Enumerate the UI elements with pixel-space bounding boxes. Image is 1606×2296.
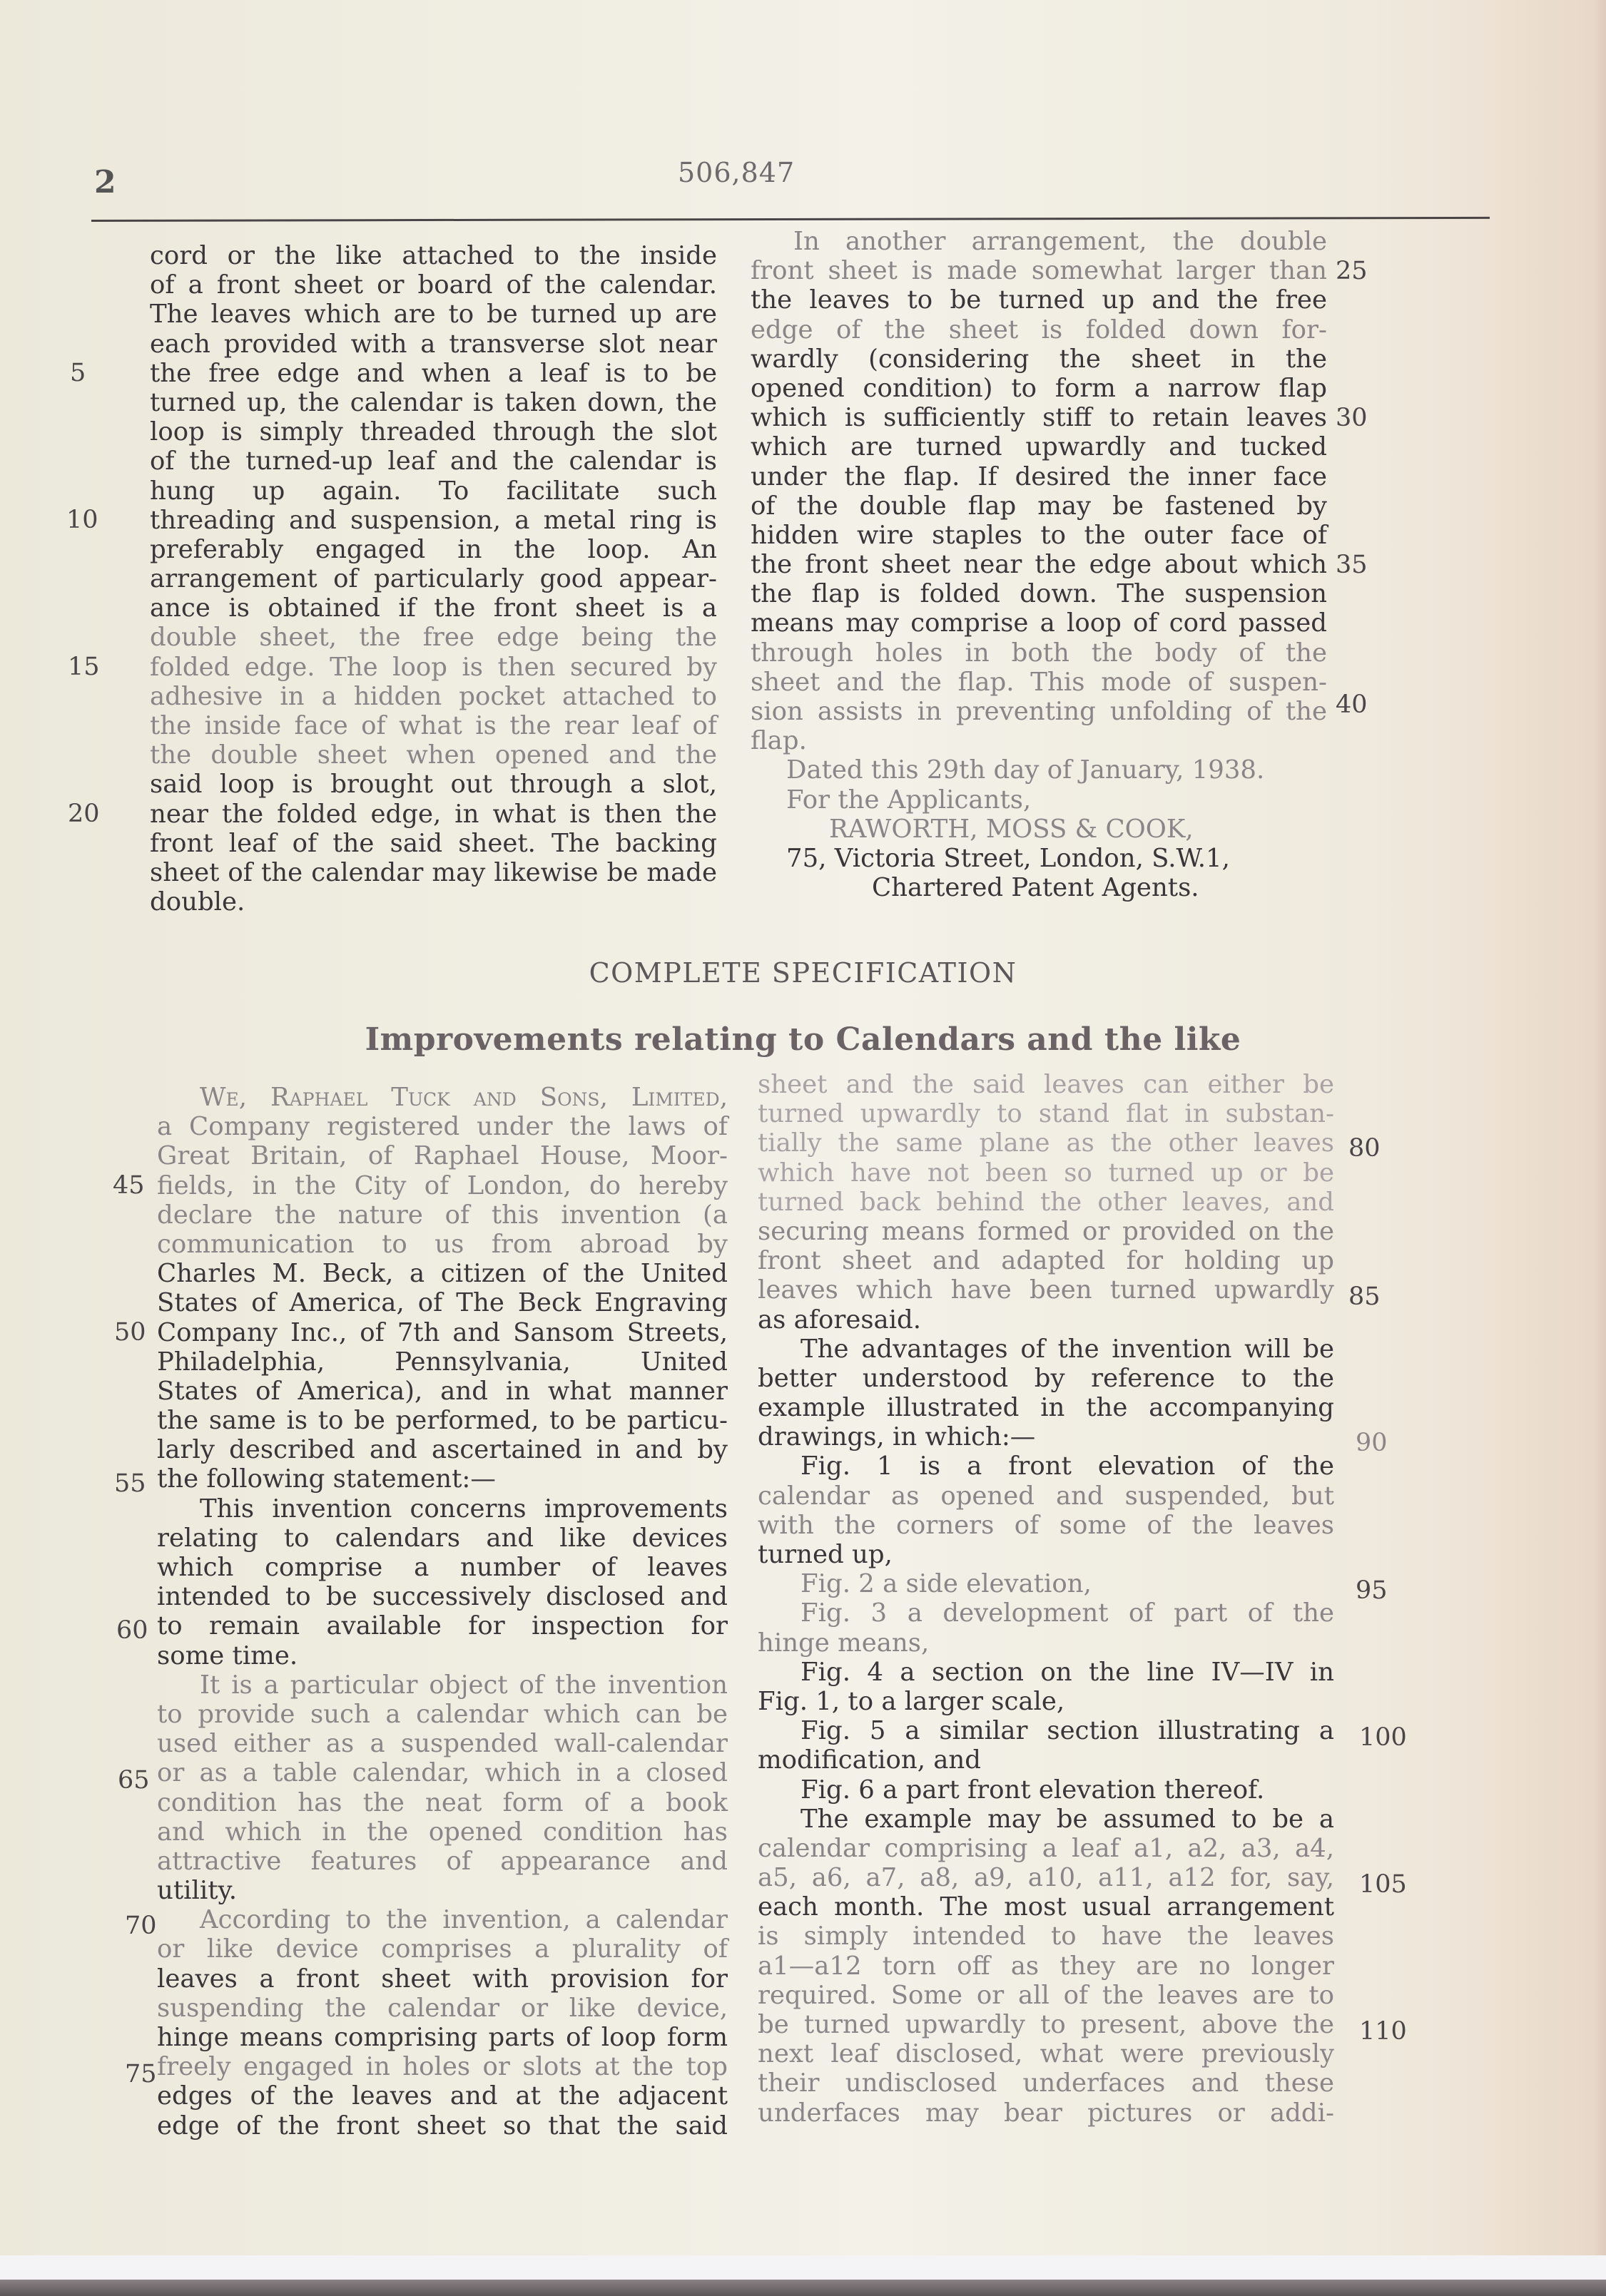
line-number: 10 [66,506,98,534]
text-line: intended to be successively disclosed an… [157,1582,728,1611]
text-line: turned up, [758,1540,1334,1569]
text-line: sheet and the flap. This mode of suspen- [751,668,1327,697]
text-line: relating to calendars and like devices [157,1524,728,1553]
text-line: Company Inc., of 7th and Sansom Streets, [157,1318,728,1347]
line-number: 20 [68,800,100,828]
text-line: flap. [751,726,1327,755]
text-line: a1—a12 torn off as they are no longer [758,1951,1334,1981]
text-line: fields, in the City of London, do hereby [157,1171,728,1200]
text-line: of the turned-up leaf and the calendar i… [150,447,717,476]
text-line: Charles M. Beck, a citizen of the United [157,1259,728,1288]
text-line: to provide such a calendar which can be [157,1700,728,1729]
text-line: a Company registered under the laws of [157,1112,728,1141]
text-line: adhesive in a hidden pocket attached to [150,682,717,711]
text-line: Fig. 3 a development of part of the [758,1598,1334,1628]
text-line: their undisclosed underfaces and these [758,2068,1334,2098]
line-number: 30 [1336,404,1368,432]
for-applicants: For the Applicants, [751,785,1327,815]
text-line: cord or the like attached to the inside [150,241,717,270]
text-line: is simply intended to have the leaves [758,1922,1334,1951]
text-line: turned up, the calendar is taken down, t… [150,388,717,417]
text-line: the free edge and when a leaf is to be [150,359,717,388]
provisional-left-column: cord or the like attached to the inside … [150,241,717,917]
text-line: front sheet is made somewhat larger than [751,256,1327,285]
text-line: opened condition) to form a narrow flap [751,374,1327,403]
text-line: which comprise a number of leaves [157,1553,728,1582]
text-line: double sheet, the free edge being the [150,623,717,652]
text-line: hidden wire staples to the outer face of [751,521,1327,550]
text-line: as aforesaid. [758,1305,1334,1335]
text-line: edge of the front sheet so that the said [157,2111,728,2141]
text-line: States of America), and in what manner [157,1377,728,1406]
text-line: turned back behind the other leaves, and [758,1188,1334,1217]
text-line: ance is obtained if the front sheet is a [150,593,717,623]
date-line: Dated this 29th day of January, 1938. [751,755,1327,785]
text-line: sheet and the said leaves can either be [758,1070,1334,1099]
text-line: example illustrated in the accompanying [758,1393,1334,1422]
text-line: hung up again. To facilitate such [150,476,717,506]
text-line: tially the same plane as the other leave… [758,1128,1334,1158]
text-line: suspending the calendar or like device, [157,1994,728,2023]
document-title: Improvements relating to Calendars and t… [0,1021,1606,1058]
text-line: of the double flap may be fastened by [751,491,1327,521]
text-line: some time. [157,1641,728,1670]
text-line: We, Raphael Tuck and Sons, Limited, [157,1083,728,1112]
text-line: The leaves which are to be turned up are [150,300,717,329]
text-line: wardly (considering the sheet in the [751,345,1327,374]
text-line: The advantages of the invention will be [758,1335,1334,1364]
text-line: loop is simply threaded through the slot [150,417,717,447]
text-line: next leaf disclosed, what were previousl… [758,2039,1334,2068]
text-line: drawings, in which:— [758,1422,1334,1451]
line-number: 100 [1359,1723,1407,1752]
line-number: 40 [1336,690,1368,719]
scan-margin [0,2255,1606,2282]
text-line: hinge means comprising parts of loop for… [157,2023,728,2052]
text-line: securing means formed or provided on the [758,1217,1334,1246]
text-line: Fig. 1 is a front elevation of the [758,1451,1334,1481]
text-line: said loop is brought out through a slot, [150,770,717,799]
complete-left-column: We, Raphael Tuck and Sons, Limited, a Co… [157,1083,728,2141]
page-edge-shadow [1484,0,1606,2265]
text-line: the front sheet near the edge about whic… [751,550,1327,579]
line-number: 65 [118,1766,150,1795]
text-line: Fig. 1, to a larger scale, [758,1687,1334,1716]
text-line: required. Some or all of the leaves are … [758,1981,1334,2010]
text-line: and which in the opened condition has [157,1817,728,1847]
text-line: used either as a suspended wall-calendar [157,1729,728,1758]
text-line: Great Britain, of Raphael House, Moor- [157,1141,728,1170]
text-line: edges of the leaves and at the adjacent [157,2081,728,2111]
text-line: leaves a front sheet with provision for [157,1964,728,1994]
text-line: or as a table calendar, which in a close… [157,1758,728,1787]
text-line: freely engaged in holes or slots at the … [157,2052,728,2081]
text-line: leaves which have been turned upwardly [758,1275,1334,1305]
text-line: under the flap. If desired the inner fac… [751,462,1327,491]
text-line: According to the invention, a calendar [157,1905,728,1934]
text-line: the inside face of what is the rear leaf… [150,711,717,740]
text-line: threading and suspension, a metal ring i… [150,506,717,535]
line-number: 50 [114,1318,146,1347]
patent-number: 506,847 [678,157,795,188]
line-number: 95 [1356,1576,1388,1605]
text-line: the leaves to be turned up and the free [751,285,1327,315]
text-line: This invention concerns improvements [157,1494,728,1524]
text-line: Fig. 2 a side elevation, [758,1569,1334,1598]
text-line: the following statement:— [157,1464,728,1494]
line-number: 90 [1356,1429,1388,1457]
text-line: sion assists in preventing unfolding of … [751,697,1327,726]
text-line: attractive features of appearance and [157,1847,728,1876]
text-line: Fig. 6 a part front elevation thereof. [758,1775,1334,1805]
line-number: 85 [1348,1282,1381,1311]
line-number: 80 [1348,1134,1381,1163]
text-line: means may comprise a loop of cord passed [751,608,1327,638]
text-line: or like device comprises a plurality of [157,1934,728,1964]
text-line: arrangement of particularly good appear- [150,564,717,593]
line-number: 15 [68,653,100,681]
text-line: sheet of the calendar may likewise be ma… [150,858,717,887]
text-line: modification, and [758,1745,1334,1775]
text-line: larly described and ascertained in and b… [157,1435,728,1464]
text-line: folded edge. The loop is then secured by [150,653,717,682]
text-line: be turned upwardly to present, above the [758,2010,1334,2039]
text-line: near the folded edge, in what is then th… [150,800,717,829]
line-number: 5 [70,359,86,387]
text-line: It is a particular object of the inventi… [157,1670,728,1700]
line-number: 75 [125,2060,157,2088]
agent-role: Chartered Patent Agents. [751,873,1327,902]
line-number: 105 [1359,1870,1407,1899]
text-line: of a front sheet or board of the calenda… [150,270,717,300]
text-line: calendar as opened and suspended, but [758,1481,1334,1511]
text-line: The example may be assumed to be a [758,1805,1334,1834]
text-line: declare the nature of this invention (a [157,1200,728,1230]
text-line: with the corners of some of the leaves [758,1511,1334,1540]
text-line: Fig. 4 a section on the line IV—IV in [758,1658,1334,1687]
line-number: 70 [125,1912,157,1940]
text-line: utility. [157,1876,728,1905]
line-number: 55 [114,1469,146,1498]
text-line: the flap is folded down. The suspension [751,579,1327,608]
text-line: better understood by reference to the [758,1364,1334,1393]
text-line: condition has the neat form of a book [157,1788,728,1817]
text-line: In another arrangement, the double [751,227,1327,256]
text-line: hinge means, [758,1628,1334,1658]
text-line: each provided with a transverse slot nea… [150,330,717,359]
line-number: 35 [1336,551,1368,579]
line-number: 110 [1359,2017,1407,2046]
text-line: front leaf of the said sheet. The backin… [150,829,717,858]
text-line: to remain available for inspection for [157,1611,728,1641]
provisional-right-column: In another arrangement, the double front… [751,227,1327,902]
text-line: through holes in both the body of the [751,638,1327,668]
line-number: 45 [113,1171,145,1200]
text-line: edge of the sheet is folded down for- [751,315,1327,345]
text-line: front sheet and adapted for holding up [758,1246,1334,1275]
text-line: calendar comprising a leaf a1, a2, a3, a… [758,1834,1334,1863]
line-number: 25 [1336,257,1368,285]
text-line: double. [150,887,717,917]
text-line: which have not been so turned up or be [758,1158,1334,1188]
text-line: each month. The most usual arrangement [758,1892,1334,1922]
text-line: Philadelphia, Pennsylvania, United [157,1347,728,1377]
section-heading: COMPLETE SPECIFICATION [0,957,1606,989]
text-line: a5, a6, a7, a8, a9, a10, a11, a12 for, s… [758,1863,1334,1892]
scanner-edge [0,2280,1606,2296]
agent-firm: RAWORTH, MOSS & COOK, [751,815,1327,844]
text-line: which is sufficiently stiff to retain le… [751,403,1327,432]
agent-address: 75, Victoria Street, London, S.W.1, [751,844,1327,873]
page-number: 2 [94,164,116,200]
text-line: underfaces may bear pictures or addi- [758,2098,1334,2128]
text-line: Fig. 5 a similar section illustrating a [758,1716,1334,1745]
text-line: the double sheet when opened and the [150,740,717,770]
text-line: turned upwardly to stand flat in substan… [758,1099,1334,1128]
text-line: States of America, of The Beck Engraving [157,1288,728,1317]
text-line: which are turned upwardly and tucked [751,432,1327,461]
complete-right-column: sheet and the said leaves can either be … [758,1070,1334,2128]
line-number: 60 [116,1616,148,1645]
text-line: the same is to be performed, to be parti… [157,1406,728,1435]
text-line: preferably engaged in the loop. An [150,535,717,564]
text-line: communication to us from abroad by [157,1230,728,1259]
